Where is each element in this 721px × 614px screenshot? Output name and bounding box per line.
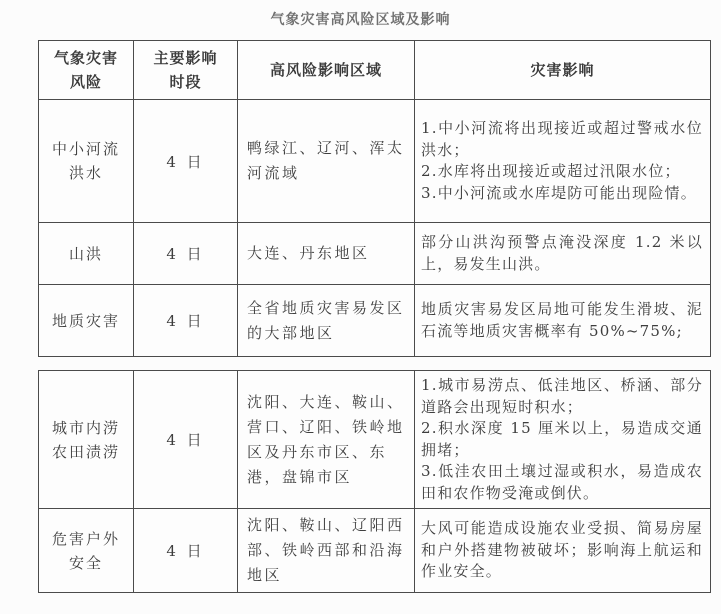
page-title: 气象灾害高风险区域及影响: [0, 0, 721, 29]
period-cell: 4 日: [134, 285, 238, 357]
region-cell: 沈阳、大连、鞍山、营口、辽阳、铁岭地区及丹东市区、东港，盘锦市区: [238, 371, 415, 509]
risk-cell: 危害户外 安全: [39, 509, 134, 593]
table-header-row: 气象灾害 风险 主要影响 时段 高风险影响区域 灾害影响: [39, 41, 711, 100]
region-cell: 全省地质灾害易发区的大部地区: [238, 285, 415, 357]
report-page: 气象灾害高风险区域及影响 气象灾害 风险 主要影响 时段 高风险影响区域 灾害影…: [0, 0, 721, 614]
header-impact: 灾害影响: [415, 41, 711, 100]
header-period: 主要影响 时段: [134, 41, 238, 100]
risk-cell: 城市内涝 农田渍涝: [39, 371, 134, 509]
risk-cell: 中小河流 洪水: [39, 100, 134, 223]
period-cell: 4 日: [134, 100, 238, 223]
impact-cell: 地质灾害易发区局地可能发生滑坡、泥石流等地质灾害概率有 50%~75%;: [415, 285, 711, 357]
header-region: 高风险影响区域: [238, 41, 415, 100]
table-row-outdoor-safety: 危害户外 安全 4 日 沈阳、鞍山、辽阳西部、铁岭西部和沿海地区 大风可能造成设…: [39, 509, 711, 593]
impact-cell: 大风可能造成设施农业受损、简易房屋和户外搭建物被破坏；影响海上航运和作业安全。: [415, 509, 711, 593]
period-cell: 4 日: [134, 509, 238, 593]
region-cell: 鸭绿江、辽河、浑太河流域: [238, 100, 415, 223]
region-cell: 沈阳、鞍山、辽阳西部、铁岭西部和沿海地区: [238, 509, 415, 593]
table-row-mountain-torrent: 山洪 4 日 大连、丹东地区 部分山洪沟预警点淹没深度 1.2 米以上，易发生山…: [39, 223, 711, 285]
risk-table-lower: 城市内涝 农田渍涝 4 日 沈阳、大连、鞍山、营口、辽阳、铁岭地区及丹东市区、东…: [38, 370, 711, 593]
impact-cell: 1.中小河流将出现接近或超过警戒水位洪水； 2.水库将出现接近或超过汛限水位； …: [415, 100, 711, 223]
table-row-geological-disaster: 地质灾害 4 日 全省地质灾害易发区的大部地区 地质灾害易发区局地可能发生滑坡、…: [39, 285, 711, 357]
header-risk: 气象灾害 风险: [39, 41, 134, 100]
period-cell: 4 日: [134, 371, 238, 509]
impact-cell: 部分山洪沟预警点淹没深度 1.2 米以上，易发生山洪。: [415, 223, 711, 285]
period-cell: 4 日: [134, 223, 238, 285]
table-row-river-flood: 中小河流 洪水 4 日 鸭绿江、辽河、浑太河流域 1.中小河流将出现接近或超过警…: [39, 100, 711, 223]
table-row-urban-waterlogging: 城市内涝 农田渍涝 4 日 沈阳、大连、鞍山、营口、辽阳、铁岭地区及丹东市区、东…: [39, 371, 711, 509]
risk-cell: 地质灾害: [39, 285, 134, 357]
risk-table-upper: 气象灾害 风险 主要影响 时段 高风险影响区域 灾害影响 中小河流 洪水 4 日…: [38, 40, 711, 357]
region-cell: 大连、丹东地区: [238, 223, 415, 285]
risk-cell: 山洪: [39, 223, 134, 285]
impact-cell: 1.城市易涝点、低洼地区、桥涵、部分道路会出现短时积水； 2.积水深度 15 厘…: [415, 371, 711, 509]
